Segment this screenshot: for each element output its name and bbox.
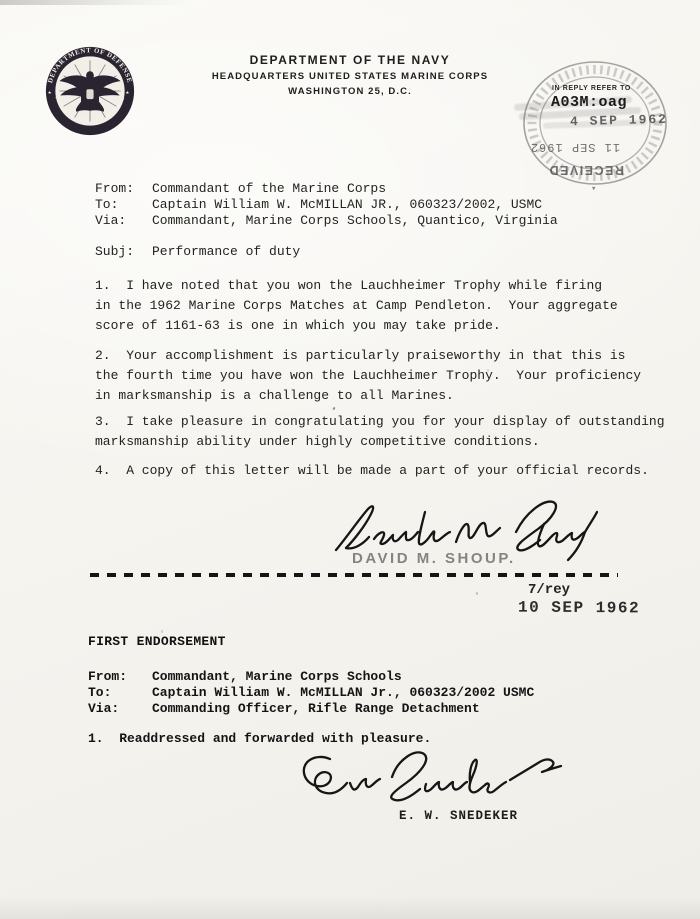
to-label: To: xyxy=(88,685,152,700)
in-reply-refer-label: IN REPLY REFER TO xyxy=(552,85,631,92)
scan-speck xyxy=(476,592,478,595)
endorsement-from-row: From:Commandant, Marine Corps Schools xyxy=(88,669,402,684)
stamp-received-text: RECEIVED xyxy=(534,163,638,177)
letter-paragraph-2: 2. Your accomplishment is particularly p… xyxy=(95,346,695,406)
to-label: To: xyxy=(95,197,152,212)
to-value: Captain William W. McMILLAN Jr., 060323/… xyxy=(152,685,534,700)
endorsement-ref-code: 7/rey xyxy=(528,582,570,598)
subject-label: Subj: xyxy=(95,244,152,259)
scan-speck xyxy=(161,630,163,633)
scan-smudge-top xyxy=(0,0,190,5)
endorsement-to-row: To:Captain William W. McMILLAN Jr., 0603… xyxy=(88,685,534,700)
via-value: Commandant, Marine Corps Schools, Quanti… xyxy=(152,213,558,228)
to-value: Captain William W. McMILLAN JR., 060323/… xyxy=(152,197,542,212)
letter-paragraph-1: 1. I have noted that you won the Lauchhe… xyxy=(95,276,695,336)
letter-via-row: Via:Commandant, Marine Corps Schools, Qu… xyxy=(95,213,558,228)
received-date-stamp: 4 SEP 1962 xyxy=(570,112,668,130)
via-label: Via: xyxy=(95,213,152,228)
reply-refer-code: A03M:oag xyxy=(551,94,627,111)
scan-smudge-bottom xyxy=(0,896,700,919)
letter-subject-row: Subj:Performance of duty xyxy=(95,244,300,259)
stamp-date-rotated: 11 SEP 1962 xyxy=(527,140,623,154)
dashed-separator xyxy=(90,573,618,577)
from-label: From: xyxy=(88,669,152,684)
endorsement-via-row: Via:Commanding Officer, Rifle Range Deta… xyxy=(88,701,480,716)
snedeker-typed-name: E. W. SNEDEKER xyxy=(399,809,518,823)
snedeker-signature xyxy=(290,744,575,806)
endorsement-title: FIRST ENDORSEMENT xyxy=(88,634,226,649)
from-value: Commandant, Marine Corps Schools xyxy=(152,669,402,684)
letter-paragraph-3: 3. I take pleasure in congratulating you… xyxy=(95,412,695,452)
letter-paragraph-4: 4. A copy of this letter will be made a … xyxy=(95,461,695,481)
via-label: Via: xyxy=(88,701,152,716)
from-value: Commandant of the Marine Corps xyxy=(152,181,386,196)
letter-from-row: From:Commandant of the Marine Corps xyxy=(95,181,386,196)
letter-to-row: To:Captain William W. McMILLAN JR., 0603… xyxy=(95,197,542,212)
endorsement-date-stamp: 10 SEP 1962 xyxy=(518,599,640,618)
shoup-name-stamp: DAVID M. SHOUP. xyxy=(352,550,516,567)
from-label: From: xyxy=(95,181,152,196)
via-value: Commanding Officer, Rifle Range Detachme… xyxy=(152,701,480,716)
scan-speck xyxy=(332,407,335,411)
subject-value: Performance of duty xyxy=(152,244,300,259)
stamp-arrow-icon: ▾ xyxy=(591,184,596,194)
scanned-letter-page: DEPARTMENT OF DEFENSE UNITED STATES OF A… xyxy=(0,0,700,919)
